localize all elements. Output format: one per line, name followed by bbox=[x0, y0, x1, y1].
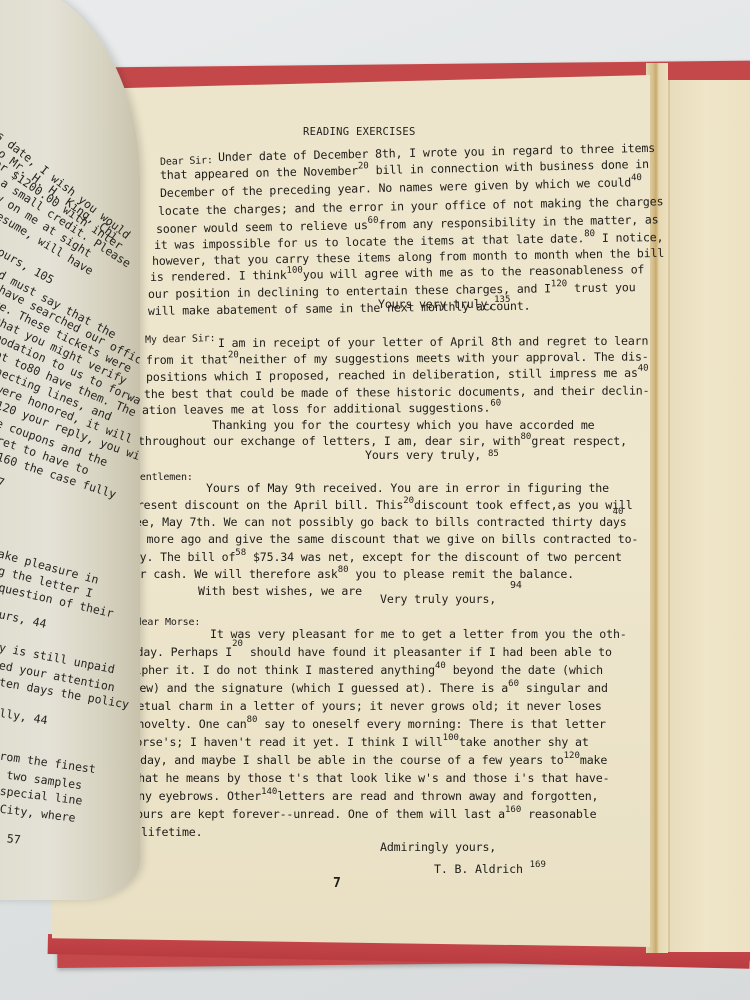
letter-line: see, May 7th. We can not possibly go bac… bbox=[128, 515, 637, 529]
letter-line: day. The bill of58 $75.34 was net, excep… bbox=[126, 550, 622, 564]
word-count-marker: 140 bbox=[261, 787, 277, 797]
letter-signature: T. B. Aldrich 169 bbox=[434, 862, 546, 876]
letter-line: Thanking you for the courtesy which you … bbox=[212, 418, 594, 432]
word-count-marker: 20 bbox=[358, 161, 369, 171]
letter-line: throughout our exchange of letters, I am… bbox=[138, 434, 627, 448]
letter-line: ation leaves me at loss for additional s… bbox=[142, 400, 501, 417]
letter-line: it today, and maybe I shall be able in t… bbox=[106, 753, 607, 767]
word-count-marker: 20 bbox=[232, 639, 243, 649]
left-curled-page: EXERCISES gram of this date, I wish you … bbox=[0, 0, 140, 900]
word-count-marker: 60 bbox=[508, 679, 519, 689]
page-number: 7 bbox=[333, 876, 341, 891]
letter-line: Yours of May 9th received. You are in er… bbox=[206, 481, 609, 495]
letter-line: or more ago and give the same discount t… bbox=[126, 532, 638, 546]
right-facing-page bbox=[668, 80, 750, 952]
word-count-marker: 80 bbox=[520, 432, 531, 442]
word-count-total: 169 bbox=[530, 860, 546, 870]
letter-line: I knew) and the signature (which I guess… bbox=[112, 681, 608, 695]
letter-closing: Admiringly yours, bbox=[380, 840, 496, 854]
left-page-line: respectfully, 44 bbox=[0, 696, 49, 727]
word-count-marker: 80 bbox=[247, 715, 258, 725]
word-count-marker: 20 bbox=[403, 496, 414, 506]
letter-line: It was very pleasant for me to get a let… bbox=[210, 627, 627, 641]
letter-line: but yours are kept forever--unread. One … bbox=[102, 807, 596, 821]
letter-line: of Morse's; I haven't read it yet. I thi… bbox=[108, 735, 589, 749]
word-count-total: 94 bbox=[510, 580, 522, 591]
letter-line: present discount on the April bill. This… bbox=[130, 498, 633, 512]
letter-line: er day. Perhaps I20 should have found it… bbox=[116, 645, 612, 659]
word-count-marker: 120 bbox=[564, 751, 580, 761]
page-heading: READING EXERCISES bbox=[303, 126, 416, 138]
word-count-marker: 20 bbox=[228, 350, 239, 360]
letter-line: With best wishes, we are bbox=[198, 584, 362, 598]
book-photo: READING EXERCISES Dear Sir: Under date o… bbox=[0, 0, 750, 1000]
letter-closing: Very truly yours, bbox=[380, 592, 496, 606]
letter-line: I am in receipt of your letter of April … bbox=[218, 334, 648, 350]
word-count-marker: 40 bbox=[613, 507, 624, 517]
letter-line: perpetual charm in a letter of yours; it… bbox=[110, 699, 602, 713]
letter-closing: Yours very truly, 85 bbox=[365, 448, 499, 462]
word-count-total: 85 bbox=[488, 449, 499, 459]
letter-salutation: My dear Sir: bbox=[145, 333, 216, 346]
word-count-marker: 58 bbox=[235, 548, 246, 558]
left-page-line: ectfully, 57 bbox=[0, 824, 21, 847]
letter-line: n't any eyebrows. Other140letters are re… bbox=[104, 789, 598, 803]
word-count-marker: 160 bbox=[505, 805, 521, 815]
letter-line: its novelty. One can80 say to oneself ev… bbox=[110, 717, 606, 731]
word-count-marker: 60 bbox=[490, 398, 501, 408]
word-count-marker: 100 bbox=[286, 266, 302, 276]
letter-line: for cash. We will therefore ask80 you to… bbox=[126, 567, 574, 581]
word-count-total: 135 bbox=[494, 295, 510, 305]
word-count-marker: 80 bbox=[584, 229, 595, 239]
word-count-marker: 80 bbox=[338, 565, 349, 575]
word-count-marker: 40 bbox=[638, 364, 649, 374]
word-count-marker: 100 bbox=[443, 733, 459, 743]
word-count-marker: 60 bbox=[368, 216, 379, 226]
word-count-marker: 40 bbox=[631, 173, 642, 183]
letter-line: out what he means by those t's that look… bbox=[104, 771, 609, 785]
word-count-marker: 120 bbox=[551, 279, 567, 289]
letter-line: decipher it. I do not think I mastered a… bbox=[114, 663, 603, 677]
word-count-marker: 40 bbox=[435, 661, 446, 671]
letter-closing: Yours very truly,135 bbox=[378, 297, 510, 311]
letter-salutation: Gentlemen: bbox=[134, 472, 193, 483]
